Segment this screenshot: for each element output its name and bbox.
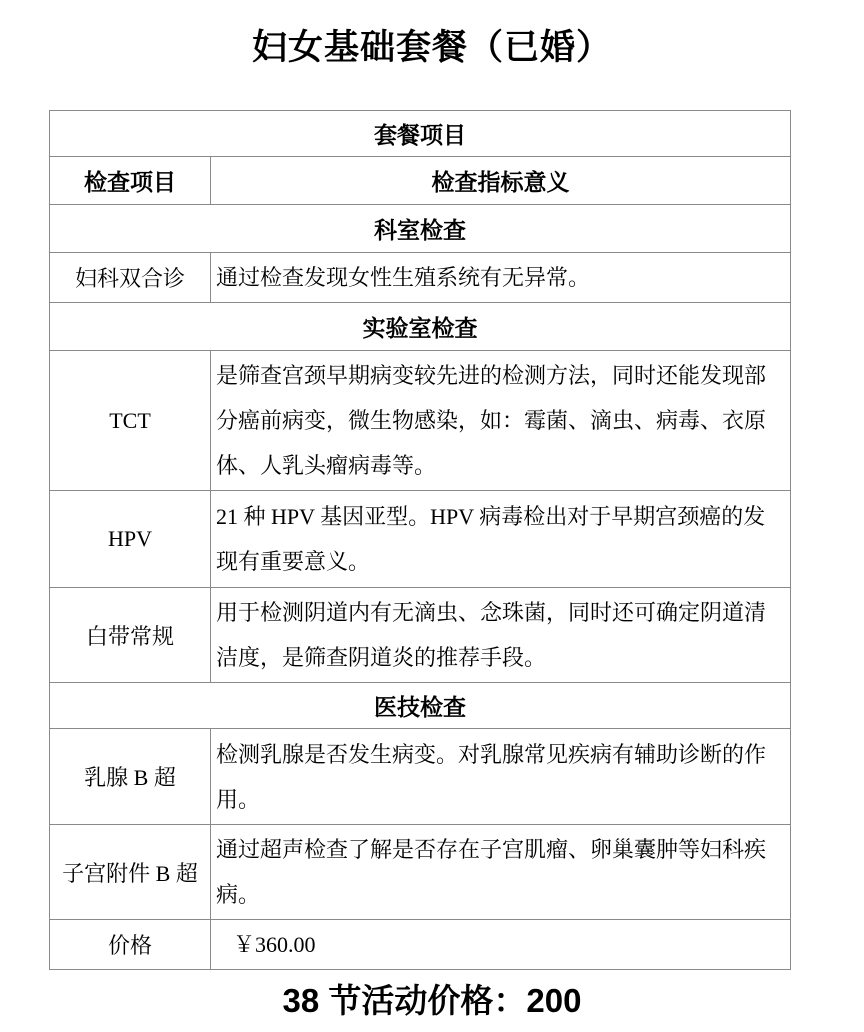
item-desc-leukorrhea: 用于检测阴道内有无滴虫、念珠菌，同时还可确定阴道清洁度，是筛查阴道炎的推荐手段。 [211, 588, 791, 683]
table-header: 套餐项目 [50, 111, 791, 157]
package-table: 套餐项目 检查项目 检查指标意义 科室检查 妇科双合诊 通过检查发现女性生殖系统… [49, 110, 791, 970]
section-label-lab: 实验室检查 [50, 303, 791, 351]
table-row-price: 价格 ￥360.00 [50, 920, 791, 970]
column-header-row: 检查项目 检查指标意义 [50, 157, 791, 205]
item-desc-breast-ultrasound: 检测乳腺是否发生病变。对乳腺常见疾病有辅助诊断的作用。 [211, 729, 791, 825]
item-label-gynecology: 妇科双合诊 [50, 253, 211, 303]
item-desc-gynecology: 通过检查发现女性生殖系统有无异常。 [211, 253, 791, 303]
price-value: ￥360.00 [211, 920, 791, 970]
item-label-tct: TCT [50, 351, 211, 491]
column-header-meaning: 检查指标意义 [211, 157, 791, 205]
table-row-breast-ultrasound: 乳腺 B 超 检测乳腺是否发生病变。对乳腺常见疾病有辅助诊断的作用。 [50, 729, 791, 825]
table-header-row: 套餐项目 [50, 111, 791, 157]
item-label-hpv: HPV [50, 491, 211, 588]
promo-price-text: 38 节活动价格：200 [0, 979, 864, 1023]
table-row-leukorrhea: 白带常规 用于检测阴道内有无滴虫、念珠菌，同时还可确定阴道清洁度，是筛查阴道炎的… [50, 588, 791, 683]
section-row-tech: 医技检查 [50, 683, 791, 729]
item-desc-uterus-ultrasound: 通过超声检查了解是否存在子宫肌瘤、卵巢囊肿等妇科疾病。 [211, 825, 791, 920]
column-header-item: 检查项目 [50, 157, 211, 205]
document-page: 妇女基础套餐（已婚） 套餐项目 检查项目 检查指标意义 科室检查 妇科双合诊 通… [0, 0, 864, 1032]
price-label: 价格 [50, 920, 211, 970]
item-label-uterus-ultrasound: 子宫附件 B 超 [50, 825, 211, 920]
item-desc-hpv: 21 种 HPV 基因亚型。HPV 病毒检出对于早期宫颈癌的发现有重要意义。 [211, 491, 791, 588]
table-row-gynecology: 妇科双合诊 通过检查发现女性生殖系统有无异常。 [50, 253, 791, 303]
section-label-tech: 医技检查 [50, 683, 791, 729]
page-title: 妇女基础套餐（已婚） [0, 0, 864, 70]
item-desc-tct: 是筛查宫颈早期病变较先进的检测方法，同时还能发现部分癌前病变，微生物感染，如：霉… [211, 351, 791, 491]
section-label-dept: 科室检查 [50, 205, 791, 253]
item-label-breast-ultrasound: 乳腺 B 超 [50, 729, 211, 825]
table-row-uterus-ultrasound: 子宫附件 B 超 通过超声检查了解是否存在子宫肌瘤、卵巢囊肿等妇科疾病。 [50, 825, 791, 920]
section-row-dept: 科室检查 [50, 205, 791, 253]
table-row-hpv: HPV 21 种 HPV 基因亚型。HPV 病毒检出对于早期宫颈癌的发现有重要意… [50, 491, 791, 588]
section-row-lab: 实验室检查 [50, 303, 791, 351]
item-label-leukorrhea: 白带常规 [50, 588, 211, 683]
table-row-tct: TCT 是筛查宫颈早期病变较先进的检测方法，同时还能发现部分癌前病变，微生物感染… [50, 351, 791, 491]
